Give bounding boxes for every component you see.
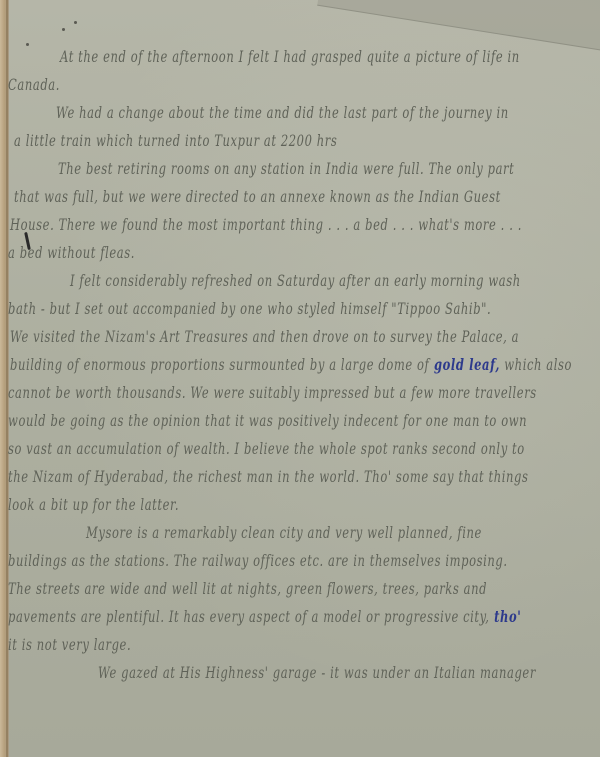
text-line: Canada.: [0, 75, 600, 94]
line-text: At the end of the afternoon I felt I had…: [60, 47, 520, 66]
text-line: We had a change about the time and did t…: [0, 103, 600, 122]
line-text: look a bit up for the latter.: [8, 495, 179, 514]
text-line: At the end of the afternoon I felt I had…: [0, 47, 600, 66]
text-line: a little train which turned into Tuxpur …: [0, 131, 600, 150]
text-line: pavements are plentiful. It has every as…: [0, 607, 600, 626]
text-line: would be going as the opinion that it wa…: [0, 411, 600, 430]
line-text: I felt considerably refreshed on Saturda…: [70, 271, 521, 290]
text-line: a bed without fleas.: [0, 243, 600, 262]
text-line: so vast an accumulation of wealth. I bel…: [0, 439, 600, 458]
line-text: We gazed at His Highness' garage - it wa…: [98, 663, 536, 682]
line-text: pavements are plentiful. It has every as…: [8, 607, 489, 626]
line-text: Mysore is a remarkably clean city and ve…: [86, 523, 482, 542]
text-line: bath - but I set out accompanied by one …: [0, 299, 600, 318]
text-line: I felt considerably refreshed on Saturda…: [0, 271, 600, 290]
line-text: it is not very large.: [8, 635, 131, 654]
text-line: We visited the Nizam's Art Treasures and…: [0, 327, 600, 346]
text-line: cannot be worth thousands. We were suita…: [0, 383, 600, 402]
line-text: We had a change about the time and did t…: [56, 103, 509, 122]
line-text: The best retiring rooms on any station i…: [58, 159, 514, 178]
line-text: buildings as the stations. The railway o…: [8, 551, 508, 570]
text-line: The streets are wide and well lit at nig…: [0, 579, 600, 598]
text-line: We gazed at His Highness' garage - it wa…: [0, 663, 600, 682]
line-text: House. There we found the most important…: [10, 215, 522, 234]
line-text: a little train which turned into Tuxpur …: [14, 131, 337, 150]
line-text: building of enormous proportions surmoun…: [10, 355, 429, 374]
text-line: House. There we found the most important…: [0, 215, 600, 234]
text-line: buildings as the stations. The railway o…: [0, 551, 600, 570]
line-text: Canada.: [8, 75, 60, 94]
line-text: that was full, but we were directed to a…: [14, 187, 501, 206]
ink-spot: [62, 28, 65, 31]
line-text: cannot be worth thousands. We were suita…: [8, 383, 537, 402]
text-line: building of enormous proportions surmoun…: [0, 355, 600, 374]
line-text: bath - but I set out accompanied by one …: [8, 299, 491, 318]
text-line: look a bit up for the latter.: [0, 495, 600, 514]
blue-ink-text: tho': [489, 607, 521, 626]
line-text: The streets are wide and well lit at nig…: [8, 579, 487, 598]
line-text: would be going as the opinion that it wa…: [8, 411, 527, 430]
line-text: a bed without fleas.: [8, 243, 135, 262]
text-line: Mysore is a remarkably clean city and ve…: [0, 523, 600, 542]
document-page: At the end of the afternoon I felt I had…: [0, 0, 600, 757]
ink-spot: [74, 21, 77, 24]
blue-ink-text: gold leaf,: [429, 355, 500, 374]
text-line: the Nizam of Hyderabad, the richest man …: [0, 467, 600, 486]
text-line: The best retiring rooms on any station i…: [0, 159, 600, 178]
line-text: We visited the Nizam's Art Treasures and…: [10, 327, 519, 346]
text-line: that was full, but we were directed to a…: [0, 187, 600, 206]
line-text-continued: which also: [500, 355, 572, 374]
line-text: the Nizam of Hyderabad, the richest man …: [8, 467, 529, 486]
line-text: so vast an accumulation of wealth. I bel…: [8, 439, 525, 458]
ink-spot: [26, 43, 29, 46]
text-line: it is not very large.: [0, 635, 600, 654]
